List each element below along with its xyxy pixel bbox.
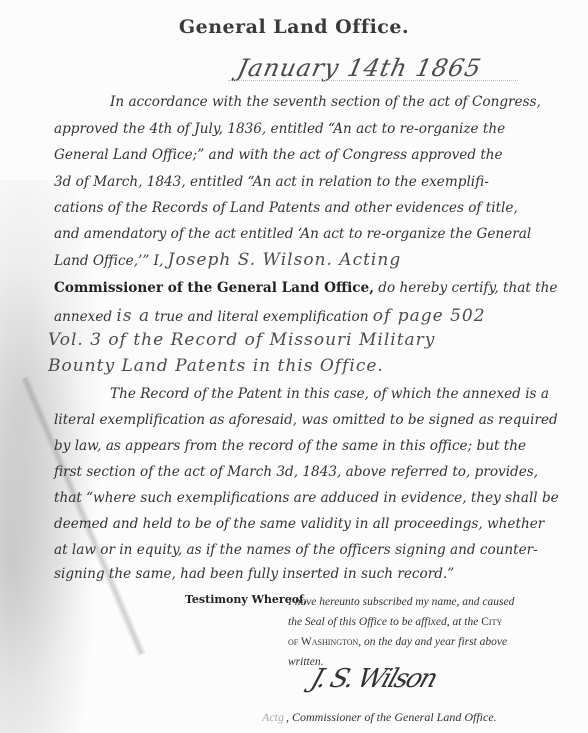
date-underline xyxy=(228,80,518,81)
testimony-line-2: the Seal of this Office to be affixed, a… xyxy=(288,612,584,632)
body-line-10-handwritten: Vol. 3 of the Record of Missouri Militar… xyxy=(48,330,544,350)
para2-line-2: literal exemplification as aforesaid, wa… xyxy=(54,412,550,428)
body-line-11-handwritten: Bounty Land Patents in this Office. xyxy=(48,356,544,376)
body-line-5: cations of the Records of Land Patents a… xyxy=(54,200,550,216)
body-line-8: Commissioner of the General Land Office,… xyxy=(54,280,550,296)
document-page: General Land Office. January 14th 1865 I… xyxy=(0,0,588,733)
para2-line-4: first section of the act of March 3d, 18… xyxy=(54,464,550,480)
line7-prefix: Land Office,’” I, xyxy=(54,253,163,269)
body-line-7: Land Office,’” I, Joseph S. Wilson. Acti… xyxy=(54,250,550,270)
para2-line-5: that “where such exemplifications are ad… xyxy=(54,490,550,506)
document-title: General Land Office. xyxy=(0,16,588,38)
handwritten-date: January 14th 1865 xyxy=(235,54,484,82)
body-line-6: and amendatory of the act entitled ‘An a… xyxy=(54,226,550,242)
signature-title: Actg, Commissioner of the General Land O… xyxy=(262,710,497,725)
signature: J. S. Wilson xyxy=(307,664,440,694)
body-line-1: In accordance with the seventh section o… xyxy=(110,94,550,110)
line9-handwritten-1: is a xyxy=(116,306,150,326)
body-line-4: 3d of March, 1843, entitled “An act in r… xyxy=(54,174,550,190)
line8-rest: do hereby certify, that the xyxy=(378,280,557,296)
testimony-text: I have hereunto subscribed my name, and … xyxy=(288,592,584,672)
para2-line-7: at law or in equity, as if the names of … xyxy=(54,542,550,558)
commissioner-title: , Commissioner of the General Land Offic… xyxy=(286,710,497,724)
body-line-3: General Land Office;” and with the act o… xyxy=(54,147,550,163)
body-line-9: annexed is a true and literal exemplific… xyxy=(54,306,550,326)
testimony-line-3: of Washington, on the day and year first… xyxy=(288,632,584,652)
commissioner-name-handwritten: Joseph S. Wilson. Acting xyxy=(168,250,402,270)
testimony-line-1: I have hereunto subscribed my name, and … xyxy=(288,592,584,612)
line9-handwritten-2: of page 502 xyxy=(373,306,486,326)
para2-line-6: deemed and held to be of the same validi… xyxy=(54,516,550,532)
commissioner-heading: Commissioner of the General Land Office, xyxy=(54,280,374,296)
body-line-2: approved the 4th of July, 1836, entitled… xyxy=(54,121,550,137)
para2-line-1: The Record of the Patent in this case, o… xyxy=(110,386,550,402)
acting-mark: Actg xyxy=(262,710,284,724)
para2-line-8: signing the same, had been fully inserte… xyxy=(54,566,550,582)
line9-prefix: annexed xyxy=(54,309,112,325)
para2-line-3: by law, as appears from the record of th… xyxy=(54,438,550,454)
line9-mid: true and literal exemplification xyxy=(154,309,368,325)
